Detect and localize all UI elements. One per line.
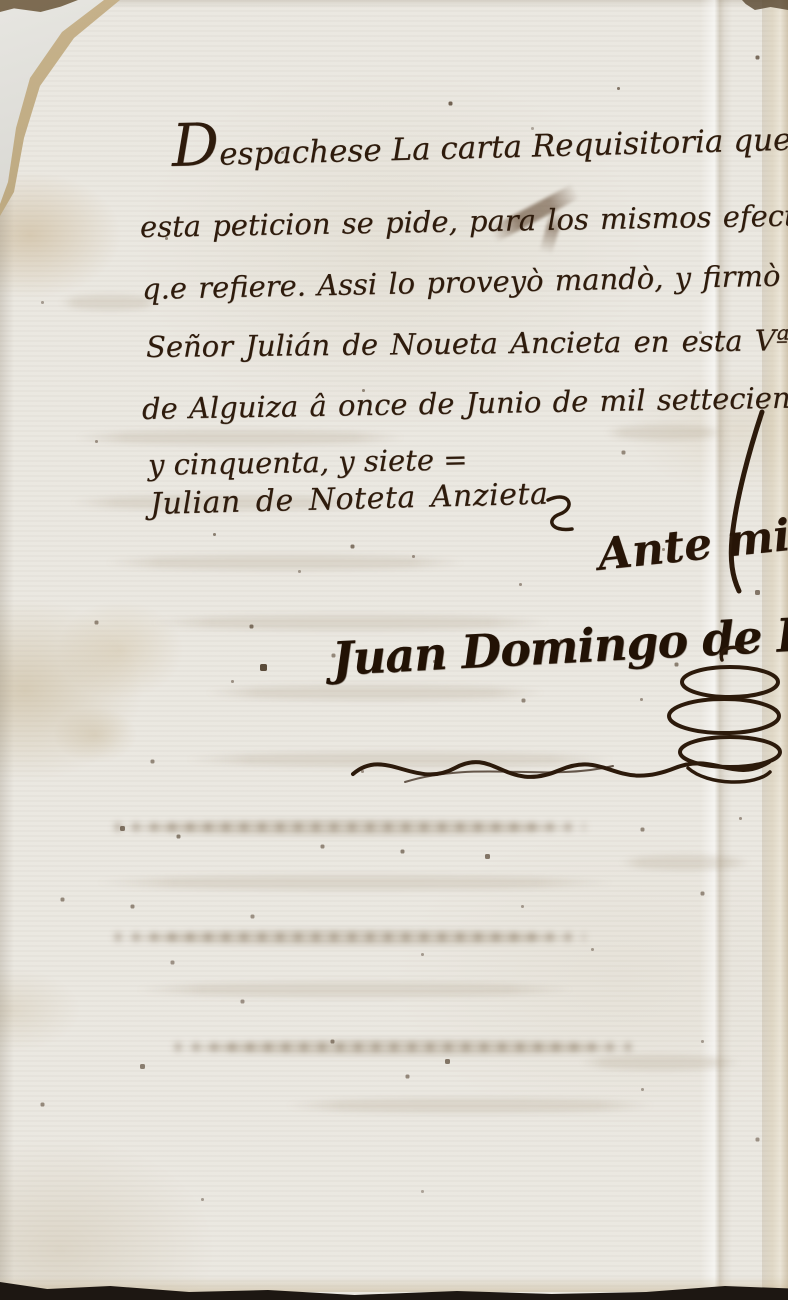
decree-line-4: Señor Julián de Noueta Ancieta en esta V… xyxy=(146,323,788,364)
decree-line-1: Despachese La carta Requisitoria que en xyxy=(172,121,788,174)
bleedthrough-streak xyxy=(95,875,615,890)
signature-coil-flourish xyxy=(628,640,784,800)
decree-line-6: y cinquenta, y siete = xyxy=(148,442,468,482)
clerk-signature: Julian de Noteta Anzieta xyxy=(150,477,549,522)
ink-specks xyxy=(0,0,1,1)
decree-line-5: de Alguiza â once de Junio de mil settec… xyxy=(142,380,788,426)
bleedthrough-streak xyxy=(105,555,465,570)
bleedthrough-streak xyxy=(620,855,750,870)
clerk-paraph-flourish xyxy=(540,488,584,538)
bleedthrough-streak xyxy=(115,930,585,945)
bleedthrough-streak xyxy=(175,1040,635,1055)
bleedthrough-streak xyxy=(75,430,405,445)
ante-mi-upstroke-flourish xyxy=(718,408,770,600)
decree-line-2: esta peticion se pide, para los mismos e… xyxy=(140,198,788,244)
bleedthrough-streak xyxy=(580,1055,740,1070)
bleedthrough-streak xyxy=(205,685,545,700)
bleedthrough-streak xyxy=(115,820,585,835)
bleedthrough-streak xyxy=(605,425,725,440)
manuscript-page: Despachese La carta Requisitoria que en … xyxy=(0,0,788,1300)
decree-line-3: q.e refiere. Assi lo proveyò mandò, y fi… xyxy=(142,258,788,306)
bleedthrough-streak xyxy=(285,1098,655,1113)
bleedthrough-streak xyxy=(135,982,575,997)
